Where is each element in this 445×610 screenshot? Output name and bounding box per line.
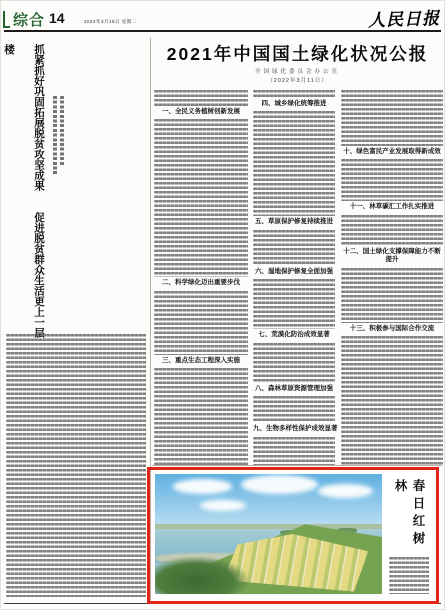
body-text-simulated bbox=[154, 119, 248, 277]
body-text-simulated bbox=[341, 159, 443, 201]
body-text-simulated bbox=[253, 90, 335, 98]
subtitle-strip bbox=[53, 96, 57, 174]
section-heading-3: 三、重点生态工程深入实施 bbox=[154, 357, 248, 365]
section-heading-11: 十一、林草碳汇工作扎实推进 bbox=[341, 203, 443, 211]
body-text-simulated bbox=[341, 336, 443, 465]
section-heading-2: 二、科学绿化迈出重要步伐 bbox=[154, 279, 248, 287]
section-heading-4: 四、城乡绿化统筹推进 bbox=[253, 100, 335, 108]
body-text-simulated bbox=[341, 268, 443, 323]
main-article-title: 2021年中国国土绿化状况公报 bbox=[152, 41, 443, 66]
main-article-byline: 全国绿化委员会办公室 bbox=[152, 67, 443, 75]
section-heading-9: 九、生物多样性保护成效显著 bbox=[253, 425, 335, 433]
photo-caption-simulated bbox=[389, 557, 429, 594]
body-text-simulated bbox=[154, 368, 248, 465]
section-heading-6: 六、湿地保护修复全面加强 bbox=[253, 268, 335, 276]
photo-title-vertical: 春日红树林 bbox=[391, 479, 427, 557]
article-column-3: 十、绿色富民产业发展取得新成效 十一、林草碳汇工作扎实推进 十二、国土绿化支撑保… bbox=[341, 90, 443, 465]
body-text-simulated bbox=[253, 396, 335, 423]
body-text-simulated bbox=[253, 437, 335, 465]
headline-deck1: 抓紧抓好巩固拓展脱贫攻坚成果 bbox=[33, 44, 45, 191]
photo-aerial-landscape bbox=[155, 474, 382, 594]
main-article-dateline: （2022年3月11日） bbox=[152, 76, 443, 84]
left-article-body-simulated bbox=[6, 334, 146, 597]
section-heading-7: 七、荒漠化防治成效显著 bbox=[253, 331, 335, 339]
section-heading-12: 十二、国土绿化支撑保障能力不断提升 bbox=[341, 248, 443, 265]
section-heading-1: 一、全民义务植树创新发展 bbox=[154, 108, 248, 116]
left-article-vertical-headline: 抓紧抓好巩固拓展脱贫攻坚成果 促进脱贫群众生活更上一层楼 bbox=[24, 44, 54, 340]
article-column-2: 四、城乡绿化统筹推进 五、草原保护修复持续推进 六、湿地保护修复全面加强 七、荒… bbox=[253, 90, 335, 465]
body-text-simulated bbox=[341, 90, 443, 146]
body-text-simulated bbox=[253, 343, 335, 383]
header-rule bbox=[4, 30, 441, 32]
masthead-logo: 人民日报 bbox=[368, 4, 441, 31]
body-text-simulated bbox=[154, 291, 248, 355]
cloud-shape bbox=[318, 484, 372, 498]
article-photo-divider bbox=[152, 465, 442, 466]
section-label: 综合 bbox=[13, 9, 45, 30]
body-text-simulated bbox=[341, 215, 443, 246]
body-text-simulated bbox=[253, 111, 335, 216]
page-number: 14 bbox=[49, 10, 65, 26]
section-heading-8: 八、森林草原资源管理加强 bbox=[253, 385, 335, 393]
section-heading-5: 五、草原保护修复持续推进 bbox=[253, 218, 335, 226]
section-corner-mark-icon bbox=[3, 11, 10, 28]
body-text-simulated bbox=[253, 230, 335, 266]
newspaper-page: 综合 14 2022年3月15日 星期二 人民日报 抓紧抓好巩固拓展脱贫攻坚成果… bbox=[0, 0, 445, 610]
photo-text-panel: 春日红树林 bbox=[387, 474, 431, 594]
left-article-subtitle-simulated bbox=[53, 96, 64, 174]
page-bottom-rule bbox=[4, 603, 441, 604]
article-column-1: 一、全民义务植树创新发展 二、科学绿化迈出重要步伐 三、重点生态工程深入实施 bbox=[154, 90, 248, 465]
section-heading-13: 十三、积极参与国际合作交流 bbox=[341, 325, 443, 333]
subtitle-strip bbox=[60, 96, 64, 166]
section-heading-10: 十、绿色富民产业发展取得新成效 bbox=[341, 148, 443, 156]
body-text-simulated bbox=[154, 90, 248, 106]
photo-feature-card: 春日红树林 bbox=[151, 470, 435, 598]
body-text-simulated bbox=[253, 279, 335, 329]
date-line: 2022年3月15日 星期二 bbox=[84, 19, 137, 25]
